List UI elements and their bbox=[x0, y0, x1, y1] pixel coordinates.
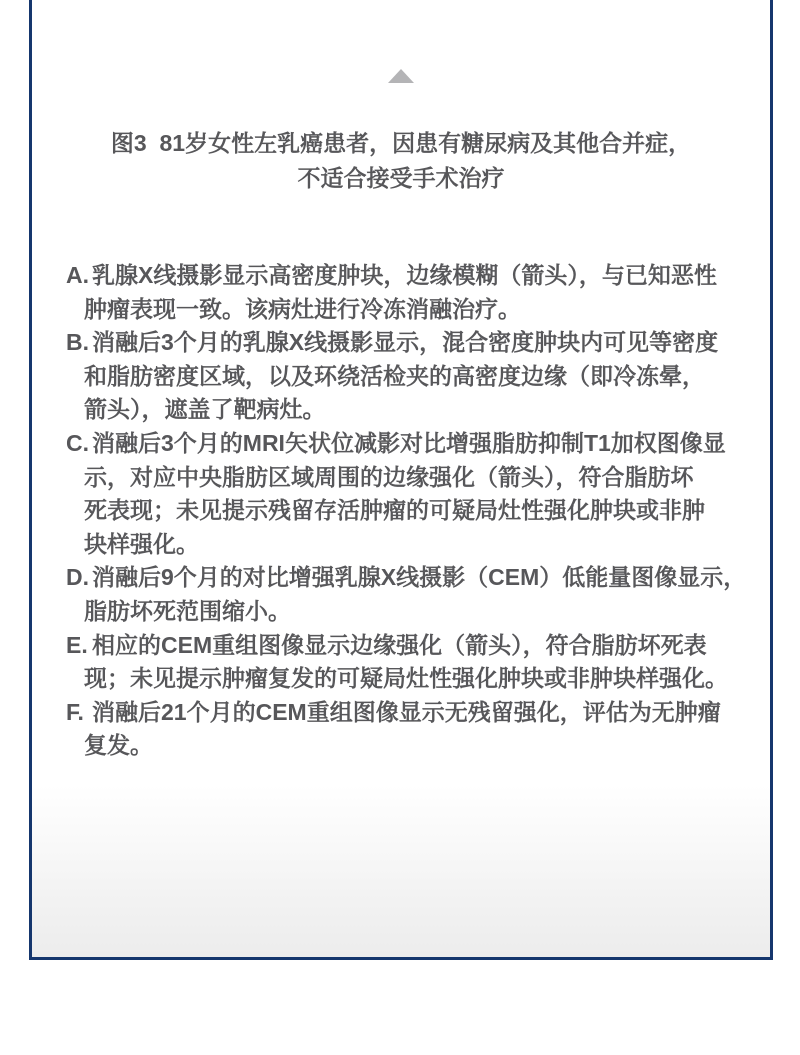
item-label: E. bbox=[66, 629, 88, 663]
caption-item-a: A. 乳腺X线摄影显示高密度肿块，边缘模糊（箭头），与已知恶性 肿瘤表现一致。该… bbox=[66, 259, 772, 326]
caption-item-c: C. 消融后3个月的MRI矢状位减影对比增强脂肪抑制T1加权图像显 示，对应中央… bbox=[66, 427, 772, 561]
item-text: 消融后3个月的乳腺X线摄影显示，混合密度肿块内可见等密度 和脂肪密度区域，以及环… bbox=[84, 326, 772, 427]
item-text: 相应的CEM重组图像显示边缘强化（箭头），符合脂肪坏死表 现；未见提示肿瘤复发的… bbox=[84, 629, 772, 696]
caption-list: A. 乳腺X线摄影显示高密度肿块，边缘模糊（箭头），与已知恶性 肿瘤表现一致。该… bbox=[66, 259, 772, 763]
caption-item-f: F. 消融后21个月的CEM重组图像显示无残留强化，评估为无肿瘤 复发。 bbox=[66, 696, 772, 763]
item-text: 消融后21个月的CEM重组图像显示无残留强化，评估为无肿瘤 复发。 bbox=[84, 696, 772, 763]
item-label: C. bbox=[66, 427, 89, 461]
item-label: F. bbox=[66, 696, 84, 730]
item-label: B. bbox=[66, 326, 89, 360]
figure-title: 图3 81岁女性左乳癌患者，因患有糖尿病及其他合并症， 不适合接受手术治疗 bbox=[32, 126, 770, 196]
caption-item-e: E. 相应的CEM重组图像显示边缘强化（箭头），符合脂肪坏死表 现；未见提示肿瘤… bbox=[66, 629, 772, 696]
caption-item-b: B. 消融后3个月的乳腺X线摄影显示，混合密度肿块内可见等密度 和脂肪密度区域，… bbox=[66, 326, 772, 427]
caption-item-d: D. 消融后9个月的对比增强乳腺X线摄影（CEM）低能量图像显示， 脂肪坏死范围… bbox=[66, 561, 772, 628]
triangle-up-icon bbox=[388, 69, 414, 83]
figure-caption-panel: 图3 81岁女性左乳癌患者，因患有糖尿病及其他合并症， 不适合接受手术治疗 A.… bbox=[29, 0, 773, 960]
item-label: D. bbox=[66, 561, 89, 595]
item-label: A. bbox=[66, 259, 89, 293]
item-text: 消融后3个月的MRI矢状位减影对比增强脂肪抑制T1加权图像显 示，对应中央脂肪区… bbox=[84, 427, 772, 561]
item-text: 乳腺X线摄影显示高密度肿块，边缘模糊（箭头），与已知恶性 肿瘤表现一致。该病灶进… bbox=[84, 259, 772, 326]
item-text: 消融后9个月的对比增强乳腺X线摄影（CEM）低能量图像显示， 脂肪坏死范围缩小。 bbox=[84, 561, 772, 628]
page-background: 图3 81岁女性左乳癌患者，因患有糖尿病及其他合并症， 不适合接受手术治疗 A.… bbox=[0, 0, 800, 1055]
